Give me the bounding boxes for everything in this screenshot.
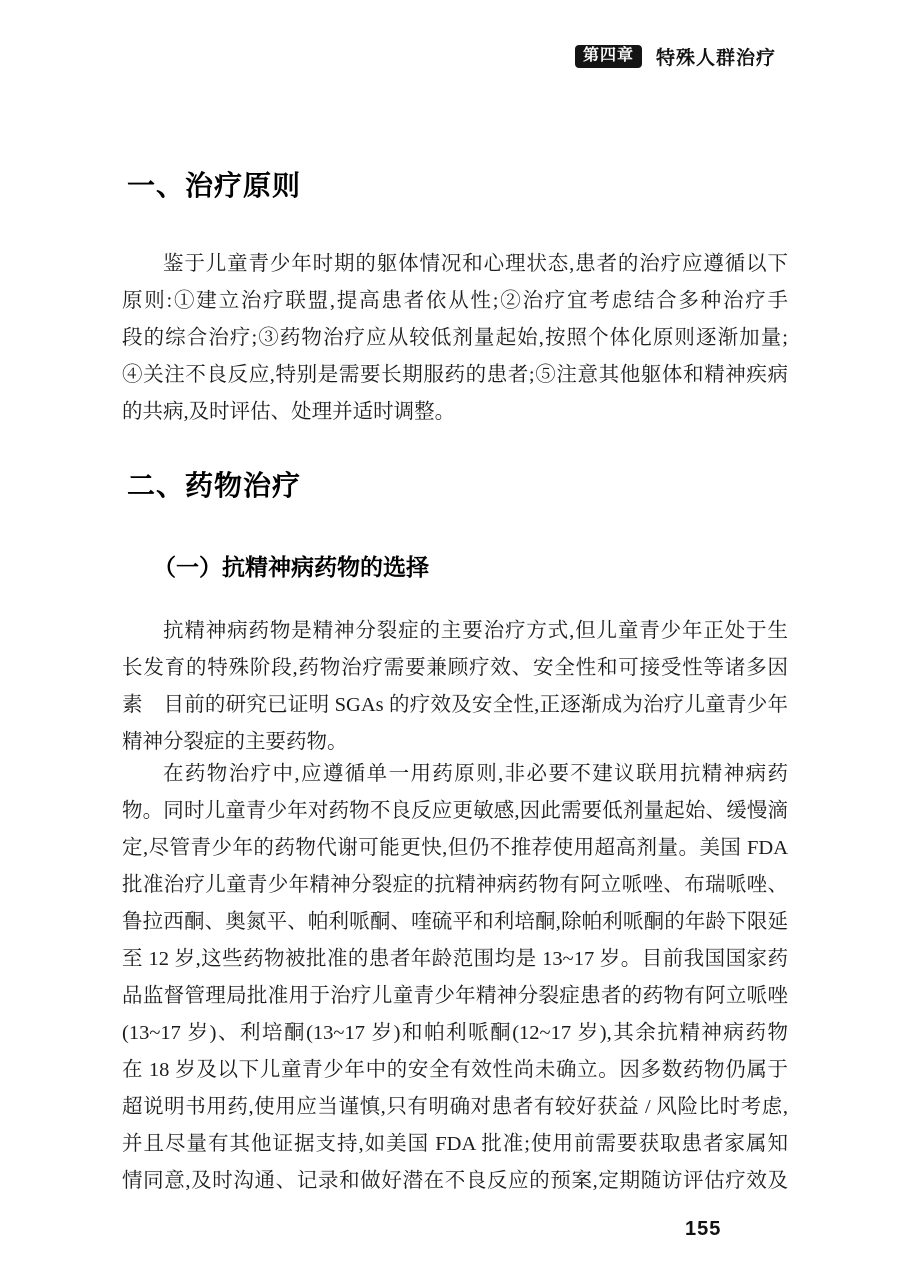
text-line: 抗精神病药物是精神分裂症的主要治疗方式,但儿童青少年正处于生 <box>122 613 788 650</box>
text-line: 鲁拉西酮、奥氮平、帕利哌酮、喹硫平和利培酮,除帕利哌酮的年龄下限延 <box>122 904 788 941</box>
text-line: 定,尽管青少年的药物代谢可能更快,但仍不推荐使用超高剂量。美国 FDA <box>122 830 788 867</box>
subsection-heading-antipsychotic-selection: （一）抗精神病药物的选择 <box>153 555 429 580</box>
text-line: 情同意,及时沟通、记录和做好潜在不良反应的预案,定期随访评估疗效及 <box>122 1163 788 1200</box>
text-line: 段的综合治疗;③药物治疗应从较低剂量起始,按照个体化原则逐渐加量; <box>122 320 788 357</box>
text-line: 批准治疗儿童青少年精神分裂症的抗精神病药物有阿立哌唑、布瑞哌唑、 <box>122 867 788 904</box>
text-line: 长发育的特殊阶段,药物治疗需要兼顾疗效、安全性和可接受性等诸多因 <box>122 650 788 687</box>
text-line: 并且尽量有其他证据支持,如美国 FDA 批准;使用前需要获取患者家属知 <box>122 1126 788 1163</box>
text-line: 素 目前的研究已证明 SGAs 的疗效及安全性,正逐渐成为治疗儿童青少年 <box>122 687 788 724</box>
chapter-badge: 第四章 <box>575 45 642 68</box>
text-line: ④关注不良反应,特别是需要长期服药的患者;⑤注意其他躯体和精神疾病 <box>122 357 788 394</box>
book-page: 第四章 特殊人群治疗 一、治疗原则 鉴于儿童青少年时期的躯体情况和心理状态,患者… <box>0 0 910 1288</box>
text-line: 的共病,及时评估、处理并适时调整。 <box>122 394 788 431</box>
text-line: 至 12 岁,这些药物被批准的患者年龄范围均是 13~17 岁。目前我国国家药 <box>122 941 788 978</box>
text-line: 在 18 岁及以下儿童青少年中的安全有效性尚未确立。因多数药物仍属于 <box>122 1052 788 1089</box>
paragraph-antipsychotic-selection: 抗精神病药物是精神分裂症的主要治疗方式,但儿童青少年正处于生长发育的特殊阶段,药… <box>122 613 788 761</box>
section-heading-treatment-principles: 一、治疗原则 <box>127 171 301 202</box>
text-line: (13~17 岁)、利培酮(13~17 岁)和帕利哌酮(12~17 岁),其余抗… <box>122 1015 788 1052</box>
chapter-title: 特殊人群治疗 <box>656 43 776 70</box>
text-line: 鉴于儿童青少年时期的躯体情况和心理状态,患者的治疗应遵循以下 <box>122 246 788 283</box>
paragraph-treatment-principles: 鉴于儿童青少年时期的躯体情况和心理状态,患者的治疗应遵循以下原则:①建立治疗联盟… <box>122 246 788 431</box>
paragraph-medication-guidance: 在药物治疗中,应遵循单一用药原则,非必要不建议联用抗精神病药物。同时儿童青少年对… <box>122 756 788 1200</box>
text-line: 品监督管理局批准用于治疗儿童青少年精神分裂症患者的药物有阿立哌唑 <box>122 978 788 1015</box>
text-line: 在药物治疗中,应遵循单一用药原则,非必要不建议联用抗精神病药 <box>122 756 788 793</box>
section-heading-medication: 二、药物治疗 <box>127 471 301 502</box>
running-head: 第四章 特殊人群治疗 <box>575 43 776 70</box>
text-line: 原则:①建立治疗联盟,提高患者依从性;②治疗宜考虑结合多种治疗手 <box>122 283 788 320</box>
text-line: 物。同时儿童青少年对药物不良反应更敏感,因此需要低剂量起始、缓慢滴 <box>122 793 788 830</box>
page-number: 155 <box>685 1218 721 1241</box>
text-line: 超说明书用药,使用应当谨慎,只有明确对患者有较好获益 / 风险比时考虑, <box>122 1089 788 1126</box>
